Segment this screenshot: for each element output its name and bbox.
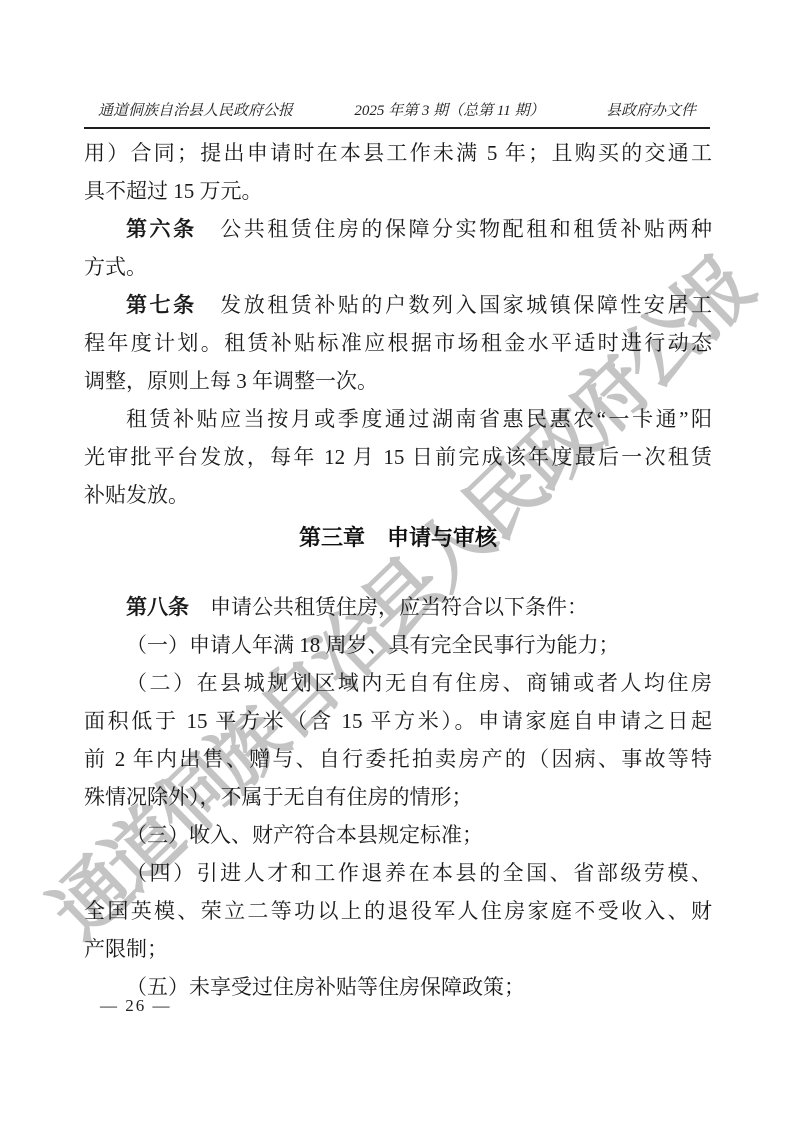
text-line: 第八条 申请公共租赁住房，应当符合以下条件：: [84, 588, 712, 626]
chapter-heading: 第三章 申请与审核: [84, 522, 712, 554]
page-header: 通道侗族自治县人民政府公报 2025 年第 3 期（总第 11 期） 县政府办文…: [84, 99, 710, 129]
article-number: 第八条: [126, 595, 189, 619]
article-number: 第六条: [126, 217, 197, 241]
article-number: 第七条: [126, 293, 197, 317]
text-line: （四）引进人才和工作退养在本县的全国、省部级劳模、: [84, 854, 712, 892]
page-number: — 26 —: [100, 996, 172, 1016]
text-line: （二）在县城规划区域内无自有住房、商铺或者人均住房: [84, 664, 712, 702]
text-line: 前 2 年内出售、赠与、自行委托拍卖房产的（因病、事故等特: [84, 740, 712, 778]
text-line: 调整，原则上每 3 年调整一次。: [84, 362, 712, 400]
header-section-label: 县政府办文件: [606, 99, 696, 120]
content-layer: 通道侗族自治县人民政府公报 2025 年第 3 期（总第 11 期） 县政府办文…: [0, 0, 793, 1122]
header-issue-number: 2025 年第 3 期（总第 11 期）: [354, 99, 544, 120]
text-line: 光审批平台发放，每年 12 月 15 日前完成该年度最后一次租赁: [84, 438, 712, 476]
text-line: 程年度计划。租赁补贴标准应根据市场租金水平适时进行动态: [84, 324, 712, 362]
text-line: 全国英模、荣立二等功以上的退役军人住房家庭不受收入、财: [84, 892, 712, 930]
text-line: 产限制；: [84, 930, 712, 968]
text-line: 租赁补贴应当按月或季度通过湖南省惠民惠农“一卡通”阳: [84, 400, 712, 438]
text-line: （五）未享受过住房补贴等住房保障政策；: [84, 968, 712, 1006]
text-line: 用）合同；提出申请时在本县工作未满 5 年；且购买的交通工: [84, 134, 712, 172]
text-line: 第七条 发放租赁补贴的户数列入国家城镇保障性安居工: [84, 286, 712, 324]
text-line: 殊情况除外），不属于无自有住房的情形；: [84, 778, 712, 816]
text-line: 面积低于 15 平方米（含 15 平方米）。申请家庭自申请之日起: [84, 702, 712, 740]
text-line: 具不超过 15 万元。: [84, 172, 712, 210]
gazette-page: 通道侗族自治县人民政府公报 通道侗族自治县人民政府公报 2025 年第 3 期（…: [0, 0, 793, 1122]
text-line: 方式。: [84, 248, 712, 286]
document-body: 用）合同；提出申请时在本县工作未满 5 年；且购买的交通工具不超过 15 万元。…: [84, 134, 712, 1006]
text-line: （一）申请人年满 18 周岁、具有完全民事行为能力；: [84, 626, 712, 664]
text-line: 补贴发放。: [84, 476, 712, 514]
text-line: （三）收入、财产符合本县规定标准；: [84, 816, 712, 854]
header-publication-title: 通道侗族自治县人民政府公报: [98, 99, 293, 120]
text-line: 第六条 公共租赁住房的保障分实物配租和租赁补贴两种: [84, 210, 712, 248]
